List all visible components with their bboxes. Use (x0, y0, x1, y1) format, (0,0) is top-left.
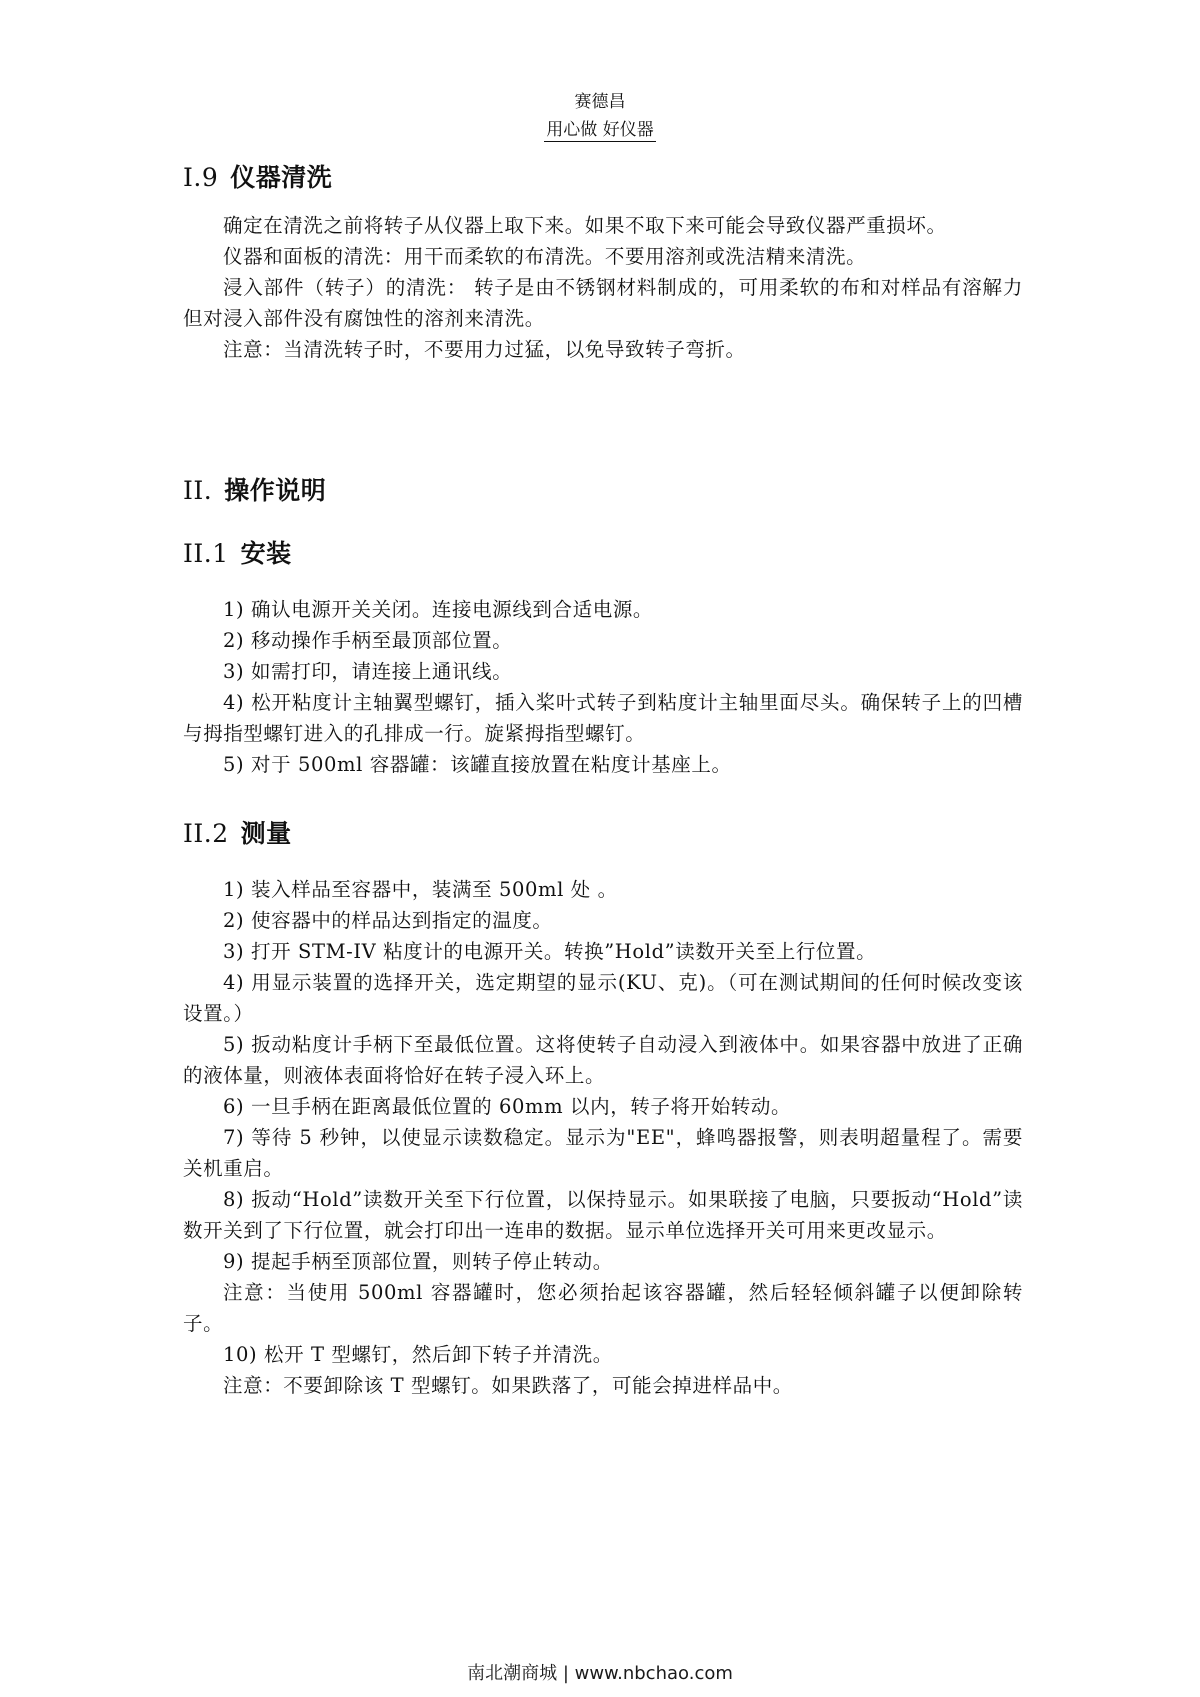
section-instrument-cleaning: I.9仪器清洗 确定在清洗之前将转子从仪器上取下来。如果不取下来可能会导致仪器严… (183, 160, 1023, 365)
list-item: 2) 使容器中的样品达到指定的温度。 (183, 905, 1023, 936)
section-number: II.2 (183, 819, 229, 848)
list-item: 4) 松开粘度计主轴翼型螺钉，插入桨叶式转子到粘度计主轴里面尽头。确保转子上的凹… (183, 687, 1023, 749)
list-item: 2) 移动操作手柄至最顶部位置。 (183, 625, 1023, 656)
list-item: 10) 松开 T 型螺钉，然后卸下转子并清洗。 (183, 1339, 1023, 1370)
note-paragraph: 注意：当清洗转子时，不要用力过猛，以免导致转子弯折。 (183, 334, 1023, 365)
company-slogan: 用心做 好仪器 (544, 119, 655, 142)
chapter-number: II. (183, 476, 212, 505)
section-title: 安装 (241, 539, 292, 568)
list-item: 1) 确认电源开关关闭。连接电源线到合适电源。 (183, 594, 1023, 625)
paragraph: 确定在清洗之前将转子从仪器上取下来。如果不取下来可能会导致仪器严重损坏。 (183, 210, 1023, 241)
paragraph: 仪器和面板的清洗：用干而柔软的布清洗。不要用溶剂或洗洁精来清洗。 (183, 241, 1023, 272)
list-item: 7) 等待 5 秒钟，以使显示读数稳定。显示为"EE"，蜂鸣器报警，则表明超量程… (183, 1122, 1023, 1184)
list-item: 4) 用显示装置的选择开关，选定期望的显示(KU、克)。（可在测试期间的任何时候… (183, 967, 1023, 1029)
list-item: 8) 扳动“Hold”读数开关至下行位置，以保持显示。如果联接了电脑，只要扳动“… (183, 1184, 1023, 1246)
chapter-title: 操作说明 (224, 476, 326, 505)
section-number: II.1 (183, 539, 229, 568)
list-item: 3) 打开 STM-IV 粘度计的电源开关。转换”Hold”读数开关至上行位置。 (183, 936, 1023, 967)
page-footer-watermark: 南北潮商城 | www.nbchao.com (0, 1659, 1200, 1685)
section-title: 仪器清洗 (230, 163, 332, 192)
list-item: 9) 提起手柄至顶部位置，则转子停止转动。 (183, 1246, 1023, 1277)
paragraph: 浸入部件（转子）的清洗： 转子是由不锈钢材料制成的，可用柔软的布和对样品有溶解力… (183, 272, 1023, 334)
chapter-heading: II.操作说明 (183, 473, 326, 509)
list-item: 5) 扳动粘度计手柄下至最低位置。这将使转子自动浸入到液体中。如果容器中放进了正… (183, 1029, 1023, 1091)
list-item: 3) 如需打印，请连接上通讯线。 (183, 656, 1023, 687)
section-heading: I.9仪器清洗 (183, 160, 1023, 196)
section-installation: II.1安装 1) 确认电源开关关闭。连接电源线到合适电源。 2) 移动操作手柄… (183, 536, 1023, 780)
section-heading: II.1安装 (183, 536, 1023, 572)
section-heading: II.2测量 (183, 816, 1023, 852)
note-paragraph: 注意：当使用 500ml 容器罐时，您必须抬起该容器罐，然后轻轻倾斜罐子以便卸除… (183, 1277, 1023, 1339)
list-item: 1) 装入样品至容器中，装满至 500ml 处 。 (183, 874, 1023, 905)
page-header: 赛德昌 用心做 好仪器 (0, 88, 1200, 144)
note-paragraph: 注意：不要卸除该 T 型螺钉。如果跌落了，可能会掉进样品中。 (183, 1370, 1023, 1401)
section-operation-instructions: II.操作说明 (183, 473, 326, 509)
section-measurement: II.2测量 1) 装入样品至容器中，装满至 500ml 处 。 2) 使容器中… (183, 816, 1023, 1401)
list-item: 6) 一旦手柄在距离最低位置的 60mm 以内，转子将开始转动。 (183, 1091, 1023, 1122)
list-item: 5) 对于 500ml 容器罐：该罐直接放置在粘度计基座上。 (183, 749, 1023, 780)
company-name: 赛德昌 (0, 88, 1200, 116)
section-title: 测量 (241, 819, 292, 848)
section-number: I.9 (183, 163, 218, 192)
